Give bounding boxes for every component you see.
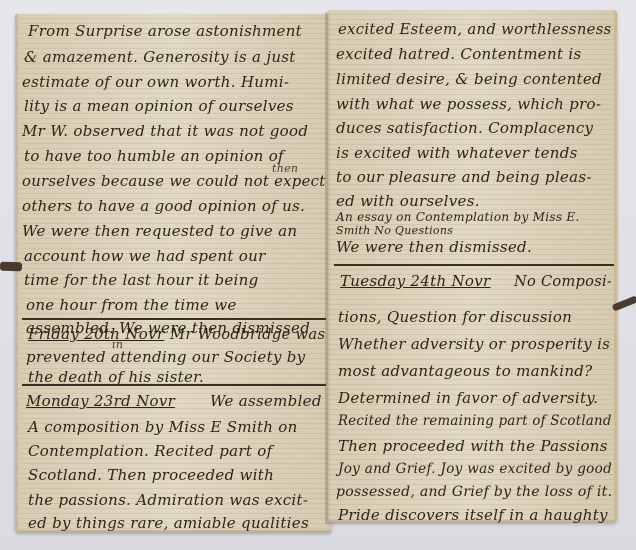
entry-heading: Tuesday 24th Novr <box>340 272 490 290</box>
entry-divider <box>334 264 614 266</box>
text-line: No Composi- <box>514 272 612 290</box>
entry-divider <box>22 318 326 320</box>
text-line: Mr Woodbridge was <box>170 325 325 343</box>
essay-note-continued: Smith No Questions <box>336 224 453 237</box>
entry-divider <box>22 384 326 386</box>
text-line: lity is a mean opinion of ourselves <box>24 97 294 115</box>
text-line: estimate of our own worth. Humi- <box>22 73 289 91</box>
text-line: Then proceeded with the Passions <box>338 437 608 455</box>
text-line: Mr W. observed that it was not good <box>22 122 308 140</box>
text-line: ed by things rare, amiable qualities <box>28 514 309 532</box>
essay-note: An essay on Contemplation by Miss E. <box>336 210 580 224</box>
text-line: most advantageous to mankind? <box>338 362 593 380</box>
text-line: others to have a good opinion of us. <box>22 197 305 215</box>
text-line: Contemplation. Recited part of <box>28 442 272 460</box>
text-line: time for the last hour it being <box>24 271 259 289</box>
entry-heading: Friday 20th Novr <box>28 325 164 343</box>
text-line: Scotland. Then proceeded with <box>28 466 274 484</box>
text-line: From Surprise arose astonishment <box>28 22 302 40</box>
text-line: ourselves because we could not expect <box>22 172 325 190</box>
text-line: one hour from the time we <box>26 296 237 314</box>
text-line: limited desire, & being contented <box>336 70 602 88</box>
text-line: to our pleasure and being pleas- <box>336 168 592 186</box>
text-line: to have too humble an opinion of <box>24 147 284 165</box>
book-spine <box>325 12 331 524</box>
text-line: with what we possess, which pro- <box>336 95 601 113</box>
dismissed-line: We were then dismissed. <box>336 238 532 256</box>
text-line: tions, Question for discussion <box>338 308 572 326</box>
text-line: We were then requested to give an <box>22 222 297 240</box>
text-line: A composition by Miss E Smith on <box>28 418 298 436</box>
text-line: excited hatred. Contentment is <box>336 45 581 63</box>
text-line: duces satisfaction. Complacency <box>336 119 593 137</box>
text-line: We assembled <box>210 392 322 410</box>
text-line: Determined in favor of adversity. <box>338 389 598 407</box>
text-line: the passions. Admiration was excit- <box>28 491 308 509</box>
text-line: Whether adversity or prosperity is <box>338 335 610 353</box>
text-line: prevented attending our Society by <box>26 348 305 366</box>
text-line: account how we had spent our <box>24 247 266 265</box>
text-line: Pride discovers itself in a haughty <box>338 506 608 524</box>
text-line: is excited with whatever tends <box>336 144 578 162</box>
text-line: excited Esteem, and worthlessness <box>338 20 612 38</box>
binding-string-left <box>0 262 22 272</box>
entry-heading: Monday 23rd Novr <box>26 392 175 410</box>
text-line: ed with ourselves. <box>336 192 480 210</box>
text-line: & amazement. Generosity is a just <box>24 48 296 66</box>
text-line: Joy and Grief. Joy was excited by good <box>338 461 612 477</box>
text-line: Recited the remaining part of Scotland <box>338 413 612 429</box>
text-line: possessed, and Grief by the loss of it. <box>336 484 612 500</box>
